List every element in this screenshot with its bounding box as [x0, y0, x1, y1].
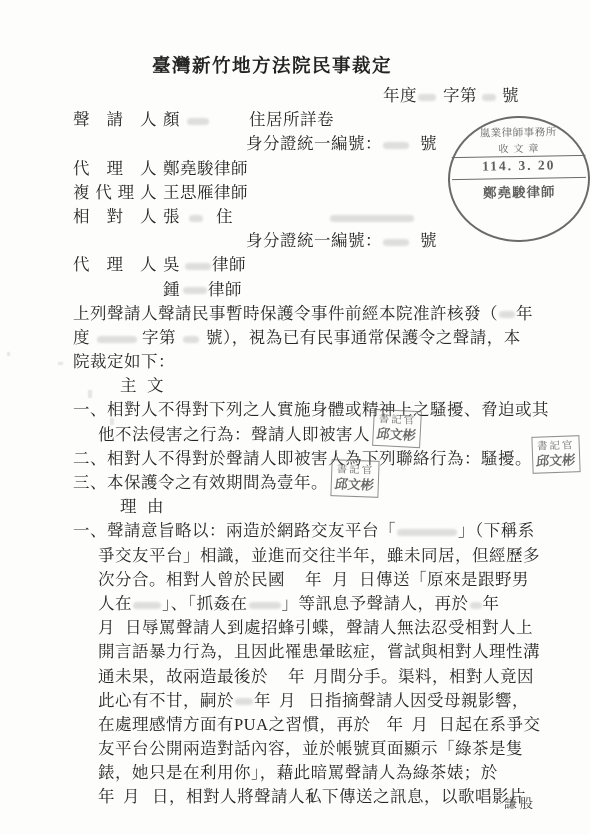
clerk-seal-stamp: 書記官 邱文彬: [372, 409, 422, 448]
text-segment: 吳: [163, 255, 180, 274]
text-segment: 爭交友平台」相識，並進而交往半年，雖未同居，但經歷多: [98, 546, 540, 565]
blank-gap: [90, 342, 96, 343]
document-page: 臺灣新竹地方法院民事裁定 年度字第號聲請人顏住居所詳卷身分證統一編號：號代理人鄭…: [0, 0, 590, 835]
blank-gap: [285, 584, 305, 585]
body-line: 通未果，故兩造最後於年月間分手。渠料，相對人竟因: [0, 665, 590, 689]
text-segment: 住居所詳卷: [249, 110, 334, 129]
text-segment: 日，相對人將聲請人私下傳送之訊息，以歌唱影片: [152, 787, 526, 806]
text-segment: 由: [147, 497, 164, 516]
body-line: 他不法侵害之行為：聲請人即被害人: [0, 423, 590, 447]
body-line: 錶，她只是在利用你」，藉此暗罵聲請人為綠茶婊；於: [0, 761, 590, 785]
blank-gap: [180, 221, 188, 222]
clerk-seal-stamp: 書記官 邱文彬: [330, 459, 379, 498]
blank-gap: [137, 511, 147, 512]
party-role-label: 聲請人: [73, 108, 157, 132]
party-role-label: 複代理人: [73, 181, 157, 205]
text-segment: 」、「抓姦在: [162, 594, 248, 613]
text-segment: 年度: [383, 86, 417, 105]
blank-gap: [268, 681, 288, 682]
text-segment: 年: [387, 715, 404, 734]
redaction-smudge: [470, 602, 482, 609]
clerk-name: 邱文彬: [376, 426, 417, 443]
case-number-line: 年度字第號: [0, 84, 590, 108]
blank-gap: [349, 584, 359, 585]
text-segment: 號: [420, 231, 437, 250]
text-segment: 年: [288, 667, 305, 686]
text-segment: 日起在系爭交: [439, 715, 541, 734]
blank-gap: [176, 342, 182, 343]
text-segment: 身分證統一編號：: [246, 134, 382, 153]
body-line: 院裁定如下：: [0, 350, 590, 374]
text-segment: 號: [420, 134, 437, 153]
redaction-smudge: [189, 215, 203, 222]
body-line: 人在」、「抓姦在」等訊息予聲請人，再於年: [0, 592, 590, 616]
text-segment: 年: [98, 787, 115, 806]
blank-gap: [115, 632, 125, 633]
text-segment: 月: [123, 787, 140, 806]
redaction-smudge: [185, 263, 211, 270]
section-header-reasons: 理由: [0, 495, 590, 519]
blank-gap: [233, 221, 329, 222]
text-segment: 錶，她只是在利用你」，藉此暗罵聲請人為綠茶婊；於: [98, 763, 498, 782]
text-segment: 月: [98, 618, 115, 637]
blank-gap: [210, 124, 249, 125]
redaction-smudge: [482, 94, 496, 101]
blank-gap: [140, 801, 152, 802]
clerk-name: 邱文彬: [334, 476, 375, 492]
blank-gap: [180, 124, 186, 125]
text-segment: 日指摘聲請人因受母親影響，: [308, 691, 529, 710]
scan-artifact: [58, 362, 63, 365]
redaction-smudge: [418, 94, 436, 101]
clerk-name: 邱文彬: [536, 452, 576, 468]
text-segment: 鍾: [163, 280, 180, 299]
blank-gap: [305, 681, 313, 682]
party-role-label: 代理人: [73, 253, 157, 277]
text-segment: 」等訊息予聲請人，再於: [282, 594, 469, 613]
scan-artifact: [110, 418, 114, 425]
scan-artifact: [88, 390, 92, 398]
blank-gap: [180, 294, 182, 295]
text-segment: 字第: [443, 86, 477, 105]
scan-artifact: [7, 352, 10, 356]
clerk-seal-stamp: 書記官 邱文彬: [531, 435, 580, 474]
page-title: 臺灣新竹地方法院民事裁定: [152, 52, 392, 78]
text-segment: 律師: [212, 255, 246, 274]
body-line: 此心有不甘，嗣於年月日指摘聲請人因受母親影響，: [0, 689, 590, 713]
text-segment: 年: [516, 304, 533, 323]
blank-gap: [410, 245, 420, 246]
text-segment: 月間分手。渠料，相對人竟因: [313, 667, 534, 686]
body-line: 三、本保護令之有效期間為壹年。: [0, 471, 590, 495]
blank-gap: [137, 390, 147, 391]
text-segment: 院裁定如下：: [73, 352, 175, 371]
body-line: 次分合。相對人曾於民國年月日傳送「原來是跟野男: [0, 568, 590, 592]
redaction-smudge: [383, 239, 409, 246]
text-segment: 此心有不甘，嗣於: [98, 691, 234, 710]
body-line: 年月日，相對人將聲請人私下傳送之訊息，以歌唱影片: [0, 785, 590, 809]
redaction-smudge: [183, 287, 207, 294]
text-segment: 號: [502, 86, 519, 105]
text-segment: 月: [412, 715, 429, 734]
party-line-attorney: 代理人吳律師: [0, 253, 590, 277]
redaction-smudge: [499, 311, 515, 318]
text-segment: 開言語暴力行為，且因此罹患暈眩症，嘗試與相對人理性溝: [98, 642, 540, 661]
blank-gap: [410, 148, 420, 149]
text-segment: 在處理感情方面有PUA之習慣，再於: [98, 715, 371, 734]
body-line: 二、相對人不得對於聲請人即被害人為下列聯絡行為：騷擾。: [0, 447, 590, 471]
text-segment: 日傳送「原來是跟野男: [359, 570, 529, 589]
body-line: 一、聲請意旨略以：兩造於網路交友平台「」（下稱系: [0, 519, 590, 543]
text-segment: 」（下稱系: [458, 521, 535, 540]
blank-gap: [429, 729, 439, 730]
text-segment: 號），視為已有民事通常保護令之聲請，本: [206, 328, 521, 347]
text-segment: 三、本保護令之有效期間為壹年。: [73, 473, 328, 492]
body-line: 在處理感情方面有PUA之習慣，再於年月日起在系爭交: [0, 713, 590, 737]
text-segment: 律師: [208, 280, 242, 299]
party-role-label: 代理人: [73, 157, 157, 181]
redaction-smudge: [97, 336, 137, 343]
body-line: 度字第號），視為已有民事通常保護令之聲請，本: [0, 326, 590, 350]
body-line: 一、相對人不得對下列之人實施身體或精神上之騷擾、脅迫或其: [0, 398, 590, 422]
text-segment: 友平台公開兩造對話內容，並於帳號頁面顯示「綠茶是隻: [98, 739, 523, 758]
redaction-smudge: [330, 215, 414, 222]
text-segment: 日辱罵聲請人到處招蜂引蝶，聲請人無法忍受相對人上: [125, 618, 533, 637]
party-role-label: 相對人: [73, 205, 157, 229]
court-division-label: 謙股: [504, 793, 536, 812]
text-segment: 文: [147, 376, 164, 395]
text-segment: 上列聲請人聲請民事暫時保護令事件前經本院准許核發（: [73, 304, 498, 323]
text-segment: 次分合。相對人曾於民國: [98, 570, 285, 589]
text-segment: 一、聲請意旨略以：兩造於網路交友平台「: [73, 521, 396, 540]
text-segment: 二、相對人不得對於聲請人即被害人為下列聯絡行為：騷擾。: [73, 449, 532, 468]
blank-gap: [115, 801, 123, 802]
page-number: 1: [308, 790, 316, 807]
blank-gap: [180, 269, 184, 270]
blank-gap: [322, 584, 332, 585]
blank-gap: [204, 221, 216, 222]
body-line: 月日辱罵聲請人到處招蜂引蝶，聲請人無法忍受相對人上: [0, 616, 590, 640]
text-segment: 通未果，故兩造最後於: [98, 667, 268, 686]
text-segment: 字第: [142, 328, 176, 347]
text-segment: 鄭堯駿律師: [163, 159, 248, 178]
text-segment: 王思雁律師: [163, 183, 248, 202]
redaction-smudge: [235, 698, 253, 705]
text-segment: 人在: [98, 594, 132, 613]
blank-gap: [296, 705, 308, 706]
party-line-attorney: 鍾律師: [0, 278, 590, 302]
redaction-smudge: [383, 142, 409, 149]
redaction-smudge: [183, 336, 199, 343]
text-segment: 度: [73, 328, 90, 347]
text-segment: 月: [279, 691, 296, 710]
text-segment: 他不法侵害之行為：聲請人即被害人: [98, 425, 370, 444]
blank-gap: [477, 100, 481, 101]
blank-gap: [371, 729, 387, 730]
text-segment: 張: [163, 207, 180, 226]
text-segment: 月: [332, 570, 349, 589]
text-segment: 理: [120, 497, 137, 516]
blank-gap: [404, 729, 412, 730]
text-segment: 身分證統一編號：: [246, 231, 382, 250]
text-segment: 主: [120, 376, 137, 395]
text-segment: 年: [254, 691, 271, 710]
redaction-smudge: [133, 602, 161, 609]
redaction-smudge: [397, 529, 457, 536]
stamp-receipt-label: 收文章: [449, 139, 587, 156]
redaction-smudge: [187, 118, 209, 125]
text-segment: 年: [305, 570, 322, 589]
text-segment: 住: [216, 207, 233, 226]
redaction-smudge: [249, 602, 281, 609]
text-segment: 一、相對人不得對下列之人實施身體或精神上之騷擾、脅迫或其: [73, 400, 549, 419]
stamp-lawyer-name: 鄭堯駿律師: [450, 180, 588, 202]
text-segment: 年: [483, 594, 500, 613]
body-line: 開言語暴力行為，且因此罹患暈眩症，嘗試與相對人理性溝: [0, 640, 590, 664]
text-segment: 顏: [163, 110, 180, 129]
stamp-date: 114. 3. 20: [450, 157, 588, 175]
body-line: 上列聲請人聲請民事暫時保護令事件前經本院准許核發（年: [0, 302, 590, 326]
body-line: 爭交友平台」相識，並進而交往半年，雖未同居，但經歷多: [0, 544, 590, 568]
blank-gap: [271, 705, 279, 706]
body-line: 友平台公開兩造對話內容，並於帳號頁面顯示「綠茶是隻: [0, 737, 590, 761]
law-firm-receipt-stamp: 嵐業律師事務所 收文章 114. 3. 20 鄭堯駿律師: [447, 115, 590, 243]
